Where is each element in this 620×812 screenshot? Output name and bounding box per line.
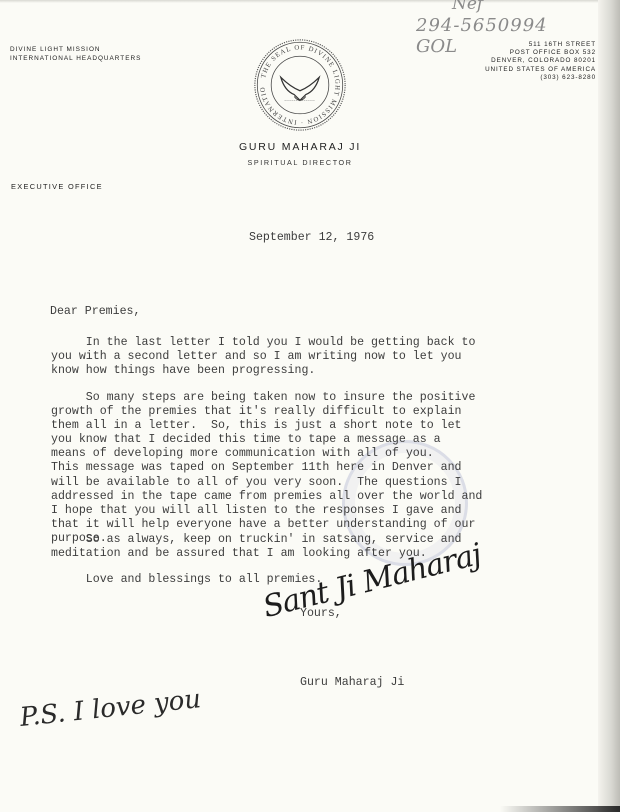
- organization-line: DIVINE LIGHT MISSION: [10, 45, 141, 54]
- organization-line: INTERNATIONAL HEADQUARTERS: [10, 54, 141, 63]
- text-line: So as always, keep on truckin' in satsan…: [51, 533, 462, 547]
- typed-signatory-name: Guru Maharaj Ji: [300, 676, 404, 689]
- address-line: UNITED STATES OF AMERICA: [485, 66, 596, 74]
- text-line: So many steps are being taken now to ins…: [51, 391, 482, 405]
- organization-name: DIVINE LIGHT MISSION INTERNATIONAL HEADQ…: [10, 45, 141, 63]
- salutation: Dear Premies,: [50, 305, 140, 318]
- text-line: will be available to all of you very soo…: [51, 476, 482, 490]
- svg-text:THE SEAL OF DIVINE LIGHT MISSI: THE SEAL OF DIVINE LIGHT MISSION · INTER…: [252, 37, 341, 126]
- page-edge-bottom: [500, 806, 620, 812]
- address-line: 511 16TH STREET: [485, 41, 596, 49]
- page-edge-shadow: [598, 0, 620, 812]
- text-line: growth of the premies that it's really d…: [51, 405, 482, 419]
- text-line: you with a second letter and so I am wri…: [51, 350, 475, 364]
- handwritten-note-line: Nef: [452, 0, 548, 15]
- director-name: GURU MAHARAJ JI: [210, 141, 390, 153]
- address-line: DENVER, COLORADO 80201: [485, 57, 596, 65]
- department-label: EXECUTIVE OFFICE: [11, 182, 103, 191]
- paragraph: In the last letter I told you I would be…: [51, 336, 475, 378]
- text-line: that it will help everyone have a better…: [51, 518, 482, 532]
- text-line: them all in a letter. So, this is just a…: [51, 419, 482, 433]
- handwritten-phone: 294-5650994: [416, 15, 548, 36]
- address-block: 511 16TH STREET POST OFFICE BOX 532 DENV…: [485, 41, 596, 82]
- text-line: I hope that you will all listen to the r…: [51, 504, 482, 518]
- text-line: you know that I decided this time to tap…: [51, 433, 482, 447]
- text-line: means of developing more communication w…: [51, 447, 482, 461]
- director-title: SPIRITUAL DIRECTOR: [210, 158, 390, 167]
- director-block: GURU MAHARAJ JI SPIRITUAL DIRECTOR: [210, 141, 390, 167]
- text-line: This message was taped on September 11th…: [51, 461, 482, 475]
- phone-number: (303) 623-8280: [485, 74, 596, 82]
- handwritten-postscript: P.S. I love you: [18, 684, 202, 733]
- text-line: know how things have been progressing.: [51, 364, 475, 378]
- address-line: POST OFFICE BOX 532: [485, 49, 596, 57]
- text-line: addressed in the tape came from premies …: [51, 490, 482, 504]
- text-line: In the last letter I told you I would be…: [51, 336, 475, 350]
- paragraph: So many steps are being taken now to ins…: [51, 391, 482, 546]
- letter-date: September 12, 1976: [249, 231, 374, 244]
- seal-emblem-icon: THE SEAL OF DIVINE LIGHT MISSION · INTER…: [252, 37, 348, 133]
